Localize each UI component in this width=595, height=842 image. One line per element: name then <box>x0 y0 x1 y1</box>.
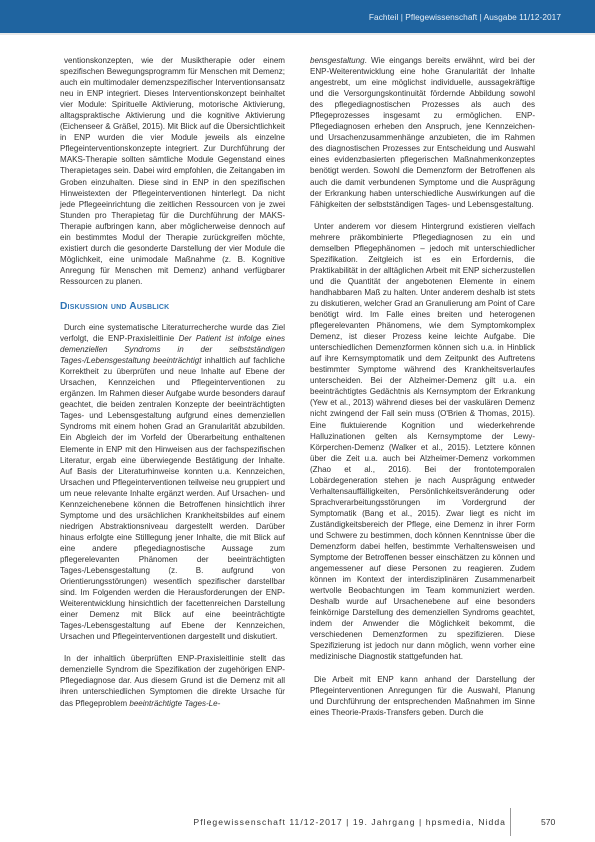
header-bar: Fachteil | Pflegewissenschaft | Ausgabe … <box>0 0 595 33</box>
body-paragraph: Die Arbeit mit ENP kann anhand der Darst… <box>310 674 535 718</box>
body-paragraph: bensgestaltung. Wie eingangs bereits erw… <box>310 55 535 210</box>
footer-divider <box>510 808 511 836</box>
footer-journal-line: Pflegewissenschaft 11/12-2017 | 19. Jahr… <box>193 817 506 827</box>
header-divider <box>0 33 595 35</box>
paragraph-text: ventionskonzepten, wie der Musiktherapie… <box>60 56 285 286</box>
left-column-body: Durch eine systematische Literaturrecher… <box>60 322 285 709</box>
right-column-body: bensgestaltung. Wie eingangs bereits erw… <box>310 55 535 718</box>
section-heading: Diskussion und Ausblick <box>60 301 285 313</box>
paragraph-text: Die Arbeit mit ENP kann anhand der Darst… <box>310 675 535 717</box>
body-paragraph: Durch eine systematische Literaturrecher… <box>60 322 285 642</box>
left-column: ventionskonzepten, wie der Musiktherapie… <box>60 55 285 709</box>
body-paragraph: In der inhaltlich überprüften ENP-Praxis… <box>60 653 285 708</box>
left-column-intro: ventionskonzepten, wie der Musiktherapie… <box>60 55 285 287</box>
body-paragraph: Unter anderem vor diesem Hintergrund exi… <box>310 221 535 663</box>
paragraph-text: . Wie eingangs bereits erwähnt, wird bei… <box>310 56 535 209</box>
running-title: Fachteil | Pflegewissenschaft | Ausgabe … <box>369 12 561 22</box>
body-paragraph: ventionskonzepten, wie der Musiktherapie… <box>60 55 285 287</box>
italic-text: bensgestaltung <box>310 56 365 65</box>
paragraph-text: inhaltlich auf fachliche Korrektheit zu … <box>60 356 285 641</box>
right-column: bensgestaltung. Wie eingangs bereits erw… <box>310 55 535 718</box>
page-number: 570 <box>541 817 555 827</box>
page-footer: Pflegewissenschaft 11/12-2017 | 19. Jahr… <box>0 817 595 837</box>
italic-text: beeinträchtigte Tages-Le- <box>129 699 220 708</box>
paragraph-text: Unter anderem vor diesem Hintergrund exi… <box>310 222 535 662</box>
